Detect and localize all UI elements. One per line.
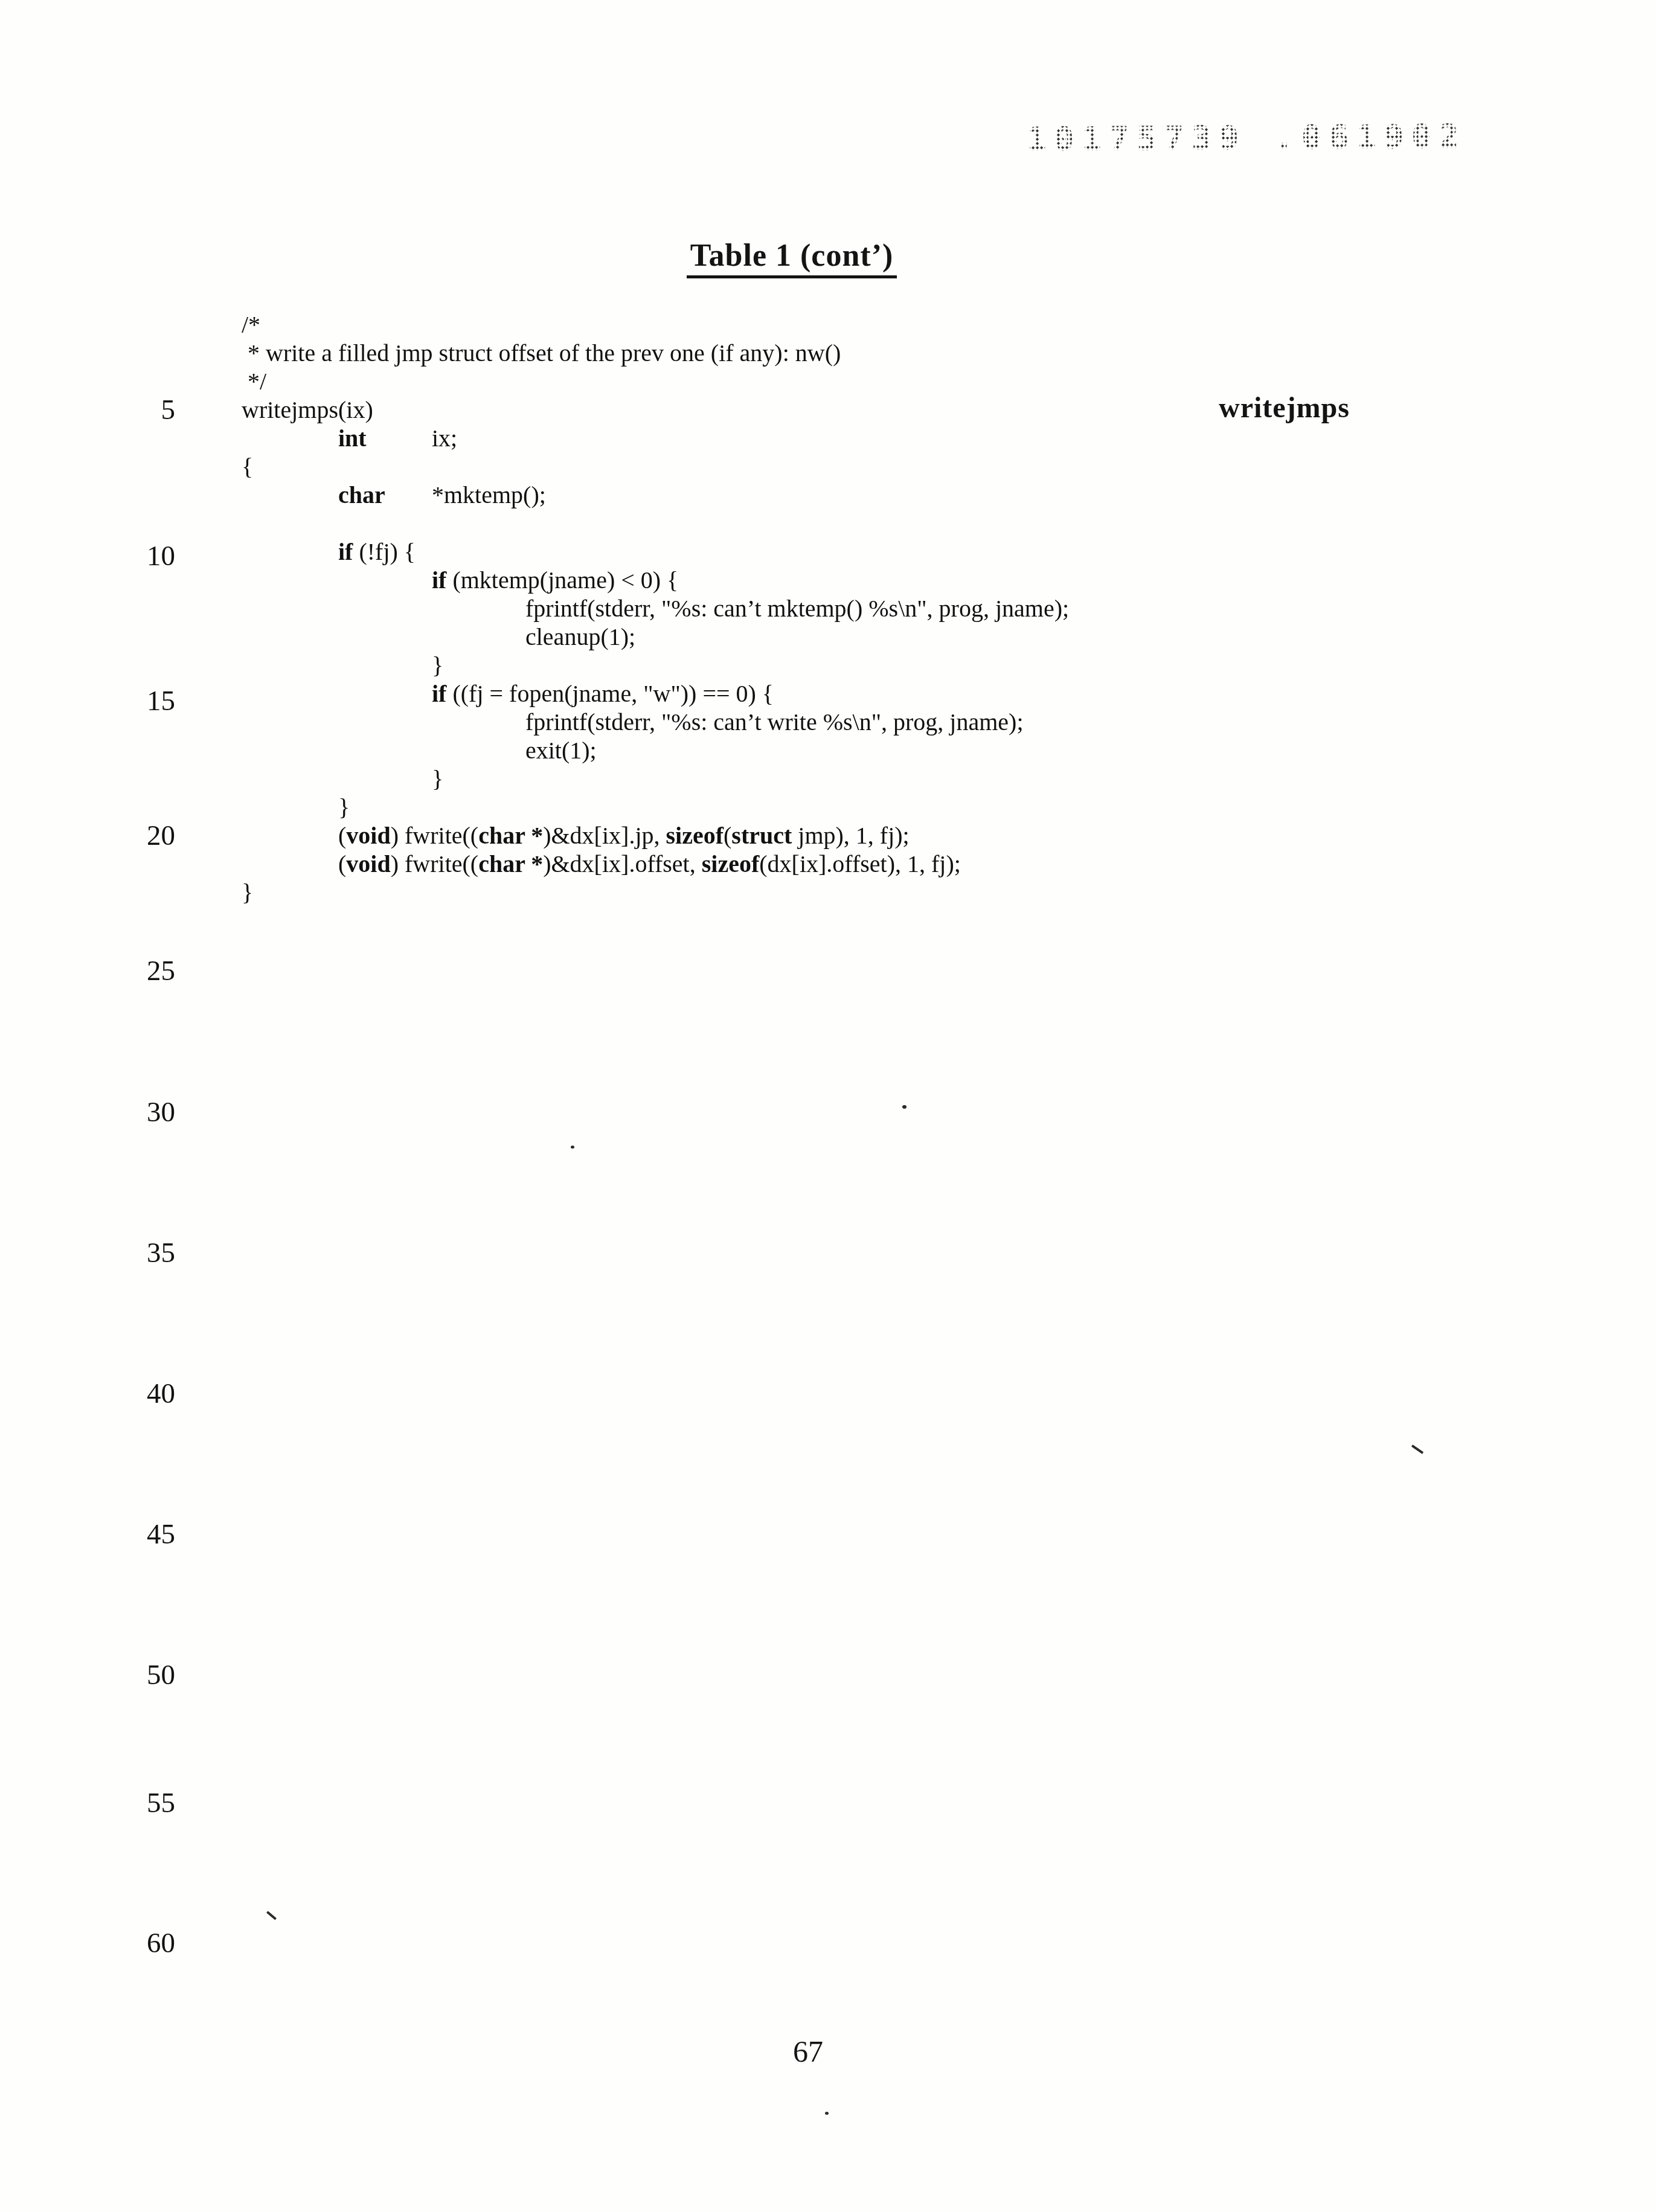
- code-text: fprintf(stderr, "%s: can’t mktemp() %s\n…: [525, 595, 1069, 622]
- code-line: * write a filled jmp struct offset of th…: [242, 339, 1389, 367]
- code-line: fprintf(stderr, "%s: can’t mktemp() %s\n…: [242, 594, 1389, 623]
- code-line: if ((fj = fopen(jname, "w")) == 0) {: [242, 679, 1389, 708]
- margin-line-number: 10: [91, 540, 175, 572]
- code-text: fprintf(stderr, "%s: can’t write %s\n", …: [525, 708, 1024, 736]
- source-code-listing: /* * write a filled jmp struct offset of…: [242, 310, 1389, 906]
- code-line: /*: [242, 310, 1389, 339]
- code-line: }: [242, 878, 1389, 906]
- scan-artifact: [825, 2112, 829, 2115]
- code-keyword: void: [346, 850, 390, 877]
- code-text: (dx[ix].offset), 1, fj);: [759, 850, 961, 877]
- code-line: char*mktemp();: [242, 481, 1389, 509]
- code-keyword: struct: [731, 822, 792, 849]
- patent-code-listing-page: 10175739 .061902 Table 1 (cont’) 5101520…: [0, 0, 1656, 2212]
- code-text: (!fj) {: [353, 538, 416, 565]
- margin-line-number: 20: [91, 819, 175, 852]
- code-text: )&dx[ix].offset,: [543, 850, 702, 877]
- code-text: ) fwrite((: [391, 850, 478, 877]
- code-line: writejmps(ix): [242, 396, 1389, 424]
- code-text: (: [338, 822, 346, 849]
- margin-line-number: 60: [91, 1927, 175, 1960]
- code-text: ((fj = fopen(jname, "w")) == 0) {: [446, 680, 774, 707]
- code-text: }: [338, 793, 350, 821]
- margin-line-number: 45: [91, 1518, 175, 1551]
- code-text: writejmps(ix): [242, 396, 373, 423]
- code-keyword: sizeof: [666, 822, 724, 849]
- code-keyword: sizeof: [702, 850, 760, 877]
- margin-line-number: 35: [91, 1237, 175, 1269]
- code-keyword: char *: [478, 822, 543, 849]
- code-text: (: [338, 850, 346, 877]
- application-number-stamp: 10175739 .061902: [1027, 117, 1594, 159]
- margin-line-number: 55: [91, 1787, 175, 1819]
- margin-line-number: 50: [91, 1659, 175, 1691]
- code-keyword: if: [432, 566, 446, 594]
- code-line: fprintf(stderr, "%s: can’t write %s\n", …: [242, 708, 1389, 736]
- code-keyword: if: [338, 538, 353, 565]
- code-line: if (!fj) {: [242, 537, 1389, 566]
- code-line: cleanup(1);: [242, 623, 1389, 651]
- code-keyword: char *: [478, 850, 543, 877]
- code-text: /*: [242, 311, 260, 338]
- code-line: (void) fwrite((char *)&dx[ix].offset, si…: [242, 850, 1389, 878]
- code-line: if (mktemp(jname) < 0) {: [242, 566, 1389, 594]
- code-text: }: [432, 765, 443, 792]
- code-text: */: [242, 368, 266, 395]
- code-text: * write a filled jmp struct offset of th…: [242, 339, 841, 367]
- table-title: Table 1 (cont’): [687, 238, 897, 278]
- code-line: [242, 509, 1389, 537]
- code-keyword: void: [346, 822, 390, 849]
- code-text: ) fwrite((: [391, 822, 478, 849]
- code-line: }: [242, 765, 1389, 793]
- code-line: */: [242, 367, 1389, 396]
- code-text: }: [242, 879, 253, 906]
- margin-line-number: 25: [91, 955, 175, 987]
- code-line: }: [242, 651, 1389, 679]
- code-text: (mktemp(jname) < 0) {: [446, 566, 678, 594]
- code-line: }: [242, 793, 1389, 821]
- table-title-row: Table 1 (cont’): [0, 238, 1656, 278]
- scan-artifact: [266, 1911, 277, 1920]
- code-text: ix;: [432, 424, 457, 452]
- code-text: (: [724, 822, 731, 849]
- code-text: *mktemp();: [432, 481, 546, 509]
- code-text: exit(1);: [525, 737, 597, 764]
- scan-artifact: [1411, 1444, 1423, 1454]
- code-text: cleanup(1);: [525, 623, 635, 650]
- code-line: (void) fwrite((char *)&dx[ix].jp, sizeof…: [242, 821, 1389, 850]
- margin-line-number: 15: [91, 685, 175, 717]
- scan-artifact: [571, 1146, 574, 1149]
- page-number: 67: [760, 2034, 856, 2069]
- scan-artifact: [902, 1105, 907, 1109]
- code-line: exit(1);: [242, 736, 1389, 765]
- code-keyword: char: [338, 481, 385, 508]
- code-line: intix;: [242, 424, 1389, 452]
- code-line: {: [242, 452, 1389, 481]
- margin-line-number: 30: [91, 1096, 175, 1129]
- code-keyword: if: [432, 680, 446, 707]
- code-keyword: int: [338, 425, 367, 452]
- code-text: {: [242, 453, 253, 480]
- code-text: jmp), 1, fj);: [792, 822, 909, 849]
- margin-line-number: 40: [91, 1377, 175, 1410]
- code-text: )&dx[ix].jp,: [543, 822, 666, 849]
- code-text: }: [432, 652, 443, 679]
- margin-line-number: 5: [91, 394, 175, 426]
